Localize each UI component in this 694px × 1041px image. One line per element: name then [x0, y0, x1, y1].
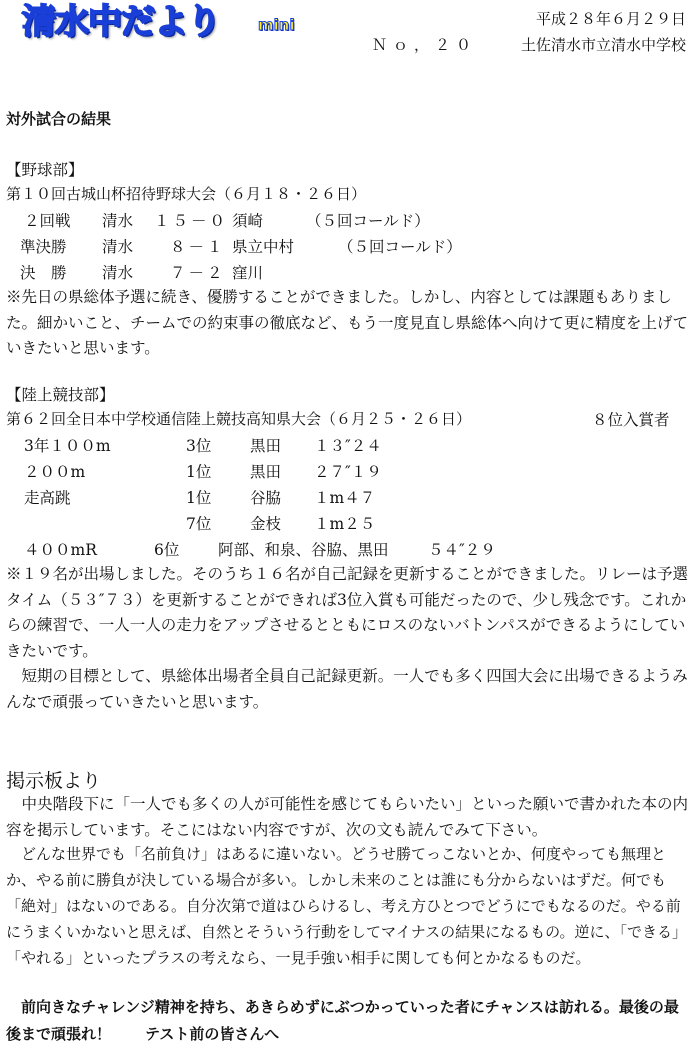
track-place: 6位 [154, 538, 179, 560]
baseball-score: １５－０ [154, 209, 228, 231]
school-name: 土佐清水市立清水中学校 [521, 34, 686, 55]
board-closing: 前向きなチャレンジ精神を持ち、あきらめずにぶつかっていった者にチャンスは訪れる。… [6, 994, 690, 1041]
track-event: ２００m [24, 460, 85, 482]
track-place: 7位 [186, 512, 211, 534]
baseball-round: ２回戦 [24, 209, 71, 231]
baseball-opponent: 県立中村 [232, 235, 294, 257]
track-record: １３″２４ [314, 434, 382, 456]
baseball-team: 清水 [102, 261, 133, 283]
track-event: 走高跳 [24, 486, 71, 508]
track-athlete: 阿部、和泉、谷脇、黒田 [218, 538, 389, 560]
newsletter-logo: 清水中だより [22, 2, 220, 42]
track-record: １m４７ [314, 486, 375, 508]
baseball-opponent: 窪川 [232, 261, 263, 283]
baseball-score: ８－１ [170, 235, 226, 257]
board-title: 掲示板より [6, 766, 101, 793]
newsletter-logo-suffix: mini [258, 16, 295, 34]
baseball-round: 準決勝 [20, 235, 67, 257]
track-place: 1位 [186, 460, 211, 482]
baseball-note: （５回コールド） [306, 209, 430, 231]
baseball-comment: ※先日の県総体予選に続き、優勝することができました。しかし、内容としては課題もあ… [6, 285, 690, 362]
baseball-note: （５回コールド） [338, 235, 462, 257]
board-quote: どんな世界でも「名前負け」はあるに違いない。どうせ勝てっこないとか、何度やっても… [6, 841, 690, 971]
track-record: ２７″１９ [314, 460, 382, 482]
track-athlete: 谷脇 [250, 486, 281, 508]
track-athlete: 黒田 [250, 434, 281, 456]
track-award-label: ８位入賞者 [592, 408, 670, 430]
baseball-opponent: 須崎 [232, 209, 263, 231]
issue-date: 平成２８年６月２９日 [536, 8, 686, 29]
track-goal: 短期の目標として、県総体出場者全員自己記録更新。一人でも多く四国大会に出場できる… [6, 664, 690, 715]
track-athlete: 黒田 [250, 460, 281, 482]
track-athlete: 金枝 [250, 512, 281, 534]
track-place: 3位 [186, 434, 211, 456]
baseball-club-label: 【野球部】 [6, 158, 84, 180]
board-closing-audience: テスト前の皆さんへ [145, 1025, 279, 1041]
issue-number: Ｎｏ，２０ [372, 34, 477, 55]
track-event: ４００mR [24, 538, 97, 560]
board-closing-message: 前向きなチャレンジ精神を持ち、あきらめずにぶつかっていった者にチャンスは訪れる。… [6, 998, 679, 1041]
baseball-round: 決 勝 [20, 261, 67, 283]
track-place: 1位 [186, 486, 211, 508]
track-tournament: 第６２回全日本中学校通信陸上競技高知県大会（６月２５・２６日） [6, 408, 471, 429]
track-comment: ※１９名が出場しました。そのうち１６名が自己記録を更新することができました。リレ… [6, 562, 690, 664]
baseball-team: 清水 [102, 209, 133, 231]
track-record: １m２５ [314, 512, 375, 534]
track-event: 3年１００m [24, 434, 111, 456]
track-record: ５４″２９ [428, 538, 496, 560]
board-intro: 中央階段下に「一人でも多くの人が可能性を感じてもらいたい」といった願いで書かれた… [6, 792, 690, 843]
baseball-team: 清水 [102, 235, 133, 257]
baseball-tournament: 第１０回古城山杯招待野球大会（６月１８・２６日） [6, 183, 366, 204]
track-club-label: 【陸上競技部】 [6, 383, 115, 405]
baseball-score: ７－２ [170, 261, 226, 283]
section-title: 対外試合の結果 [6, 108, 111, 129]
